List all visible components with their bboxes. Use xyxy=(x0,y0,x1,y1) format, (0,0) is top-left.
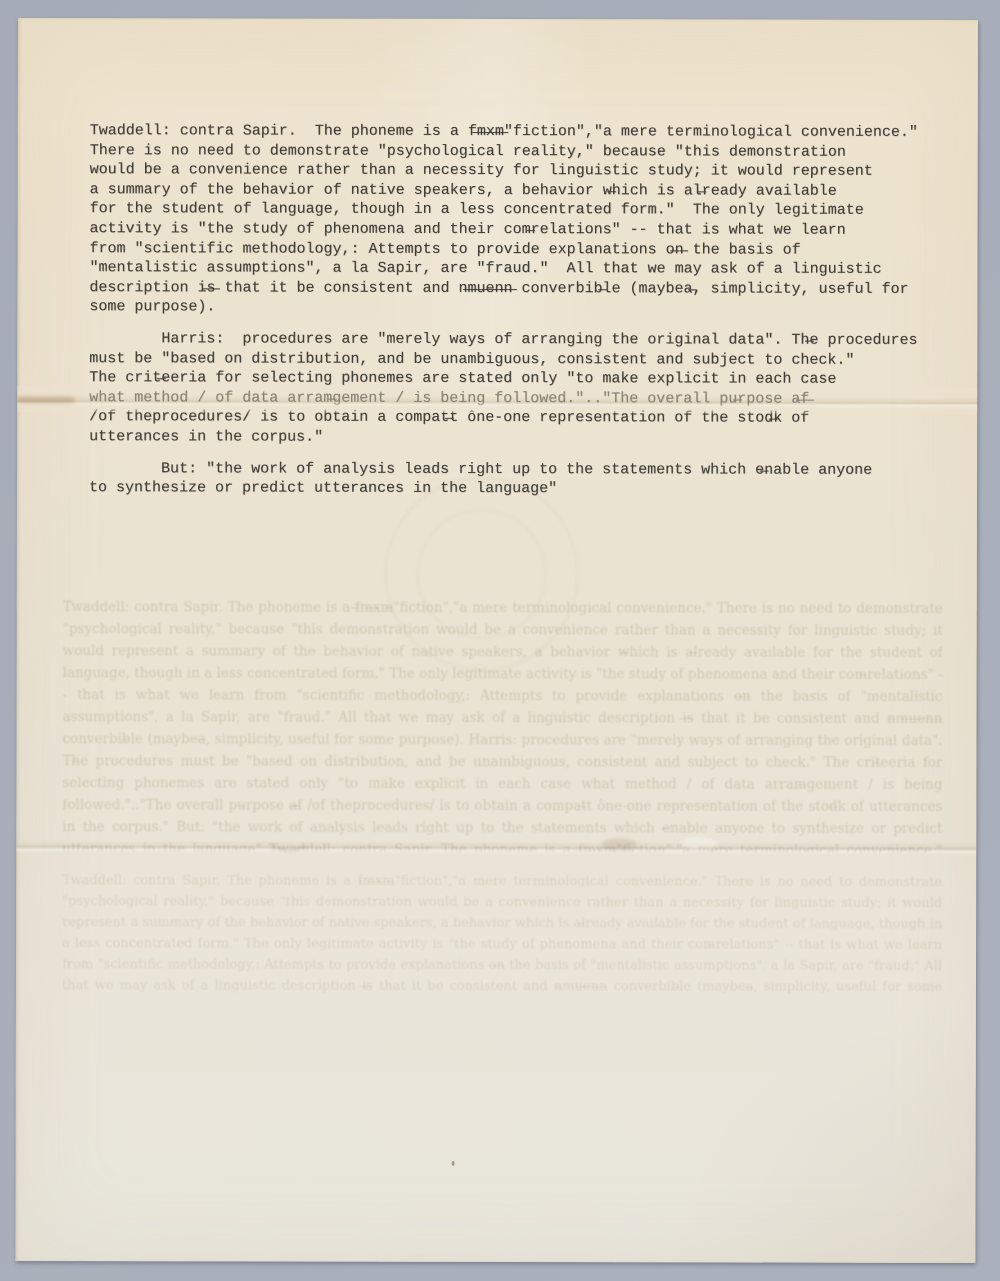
corner-shading xyxy=(675,1002,976,1263)
text-line: Harris: procedures are "merely ways of a… xyxy=(89,329,959,350)
paragraph-twaddell: Twaddell: contra Sapir. The phoneme is a… xyxy=(89,121,959,319)
fold-crease-lower xyxy=(16,840,976,855)
text-line: some purpose). xyxy=(89,297,959,318)
paragraph-but: But: "the work of analysis leads right u… xyxy=(89,459,959,500)
text-line: for the student of language, though in a… xyxy=(90,200,960,221)
faint-seal-watermark-inner xyxy=(417,509,547,639)
text-line: would be a convenience rather than a nec… xyxy=(90,160,960,181)
text-line: /of theprocedures/ is to obtain a compat… xyxy=(89,407,959,428)
text-line: must be "based on distribution, and be u… xyxy=(89,349,959,370)
paragraph-harris: Harris: procedures are "merely ways of a… xyxy=(89,329,959,448)
typewritten-text: Twaddell: contra Sapir. The phoneme is a… xyxy=(89,121,960,512)
text-line: from "scientific methodology,: Attempts … xyxy=(89,239,959,260)
bleedthrough-text: Twaddell: contra Sapir. The phoneme is a… xyxy=(62,596,943,853)
text-line: The crit̶eeria for selecting phonemes ar… xyxy=(89,368,959,389)
document-page: Twaddell: contra Sapir. The phoneme is a… xyxy=(15,18,978,1263)
text-line: But: "the work of analysis leads right u… xyxy=(89,459,959,480)
text-line: a summary of the behavior of native spea… xyxy=(90,180,960,201)
text-line: Twaddell: contra Sapir. The phoneme is a… xyxy=(90,121,960,142)
crease-wrinkle xyxy=(271,837,307,849)
paper-speck xyxy=(452,1161,455,1166)
text-line: to synthesize or predict utterances in t… xyxy=(89,478,959,499)
bleedthrough-text-lower: Twaddell: contra Sapir. The phoneme is a… xyxy=(62,870,942,1002)
text-line: "mentalistic assumptions", a la Sapir, a… xyxy=(89,258,959,279)
text-line: what method / of data arram̶gement / is … xyxy=(89,388,959,409)
crease-edge-stain xyxy=(17,397,75,403)
text-line: description i̶s̶ that it be consistent a… xyxy=(89,278,959,299)
text-line: utterances in the corpus." xyxy=(89,427,959,448)
text-line: There is no need to demonstrate "psychol… xyxy=(90,141,960,162)
text-line: activity is "the study of phenomena and … xyxy=(90,219,960,240)
